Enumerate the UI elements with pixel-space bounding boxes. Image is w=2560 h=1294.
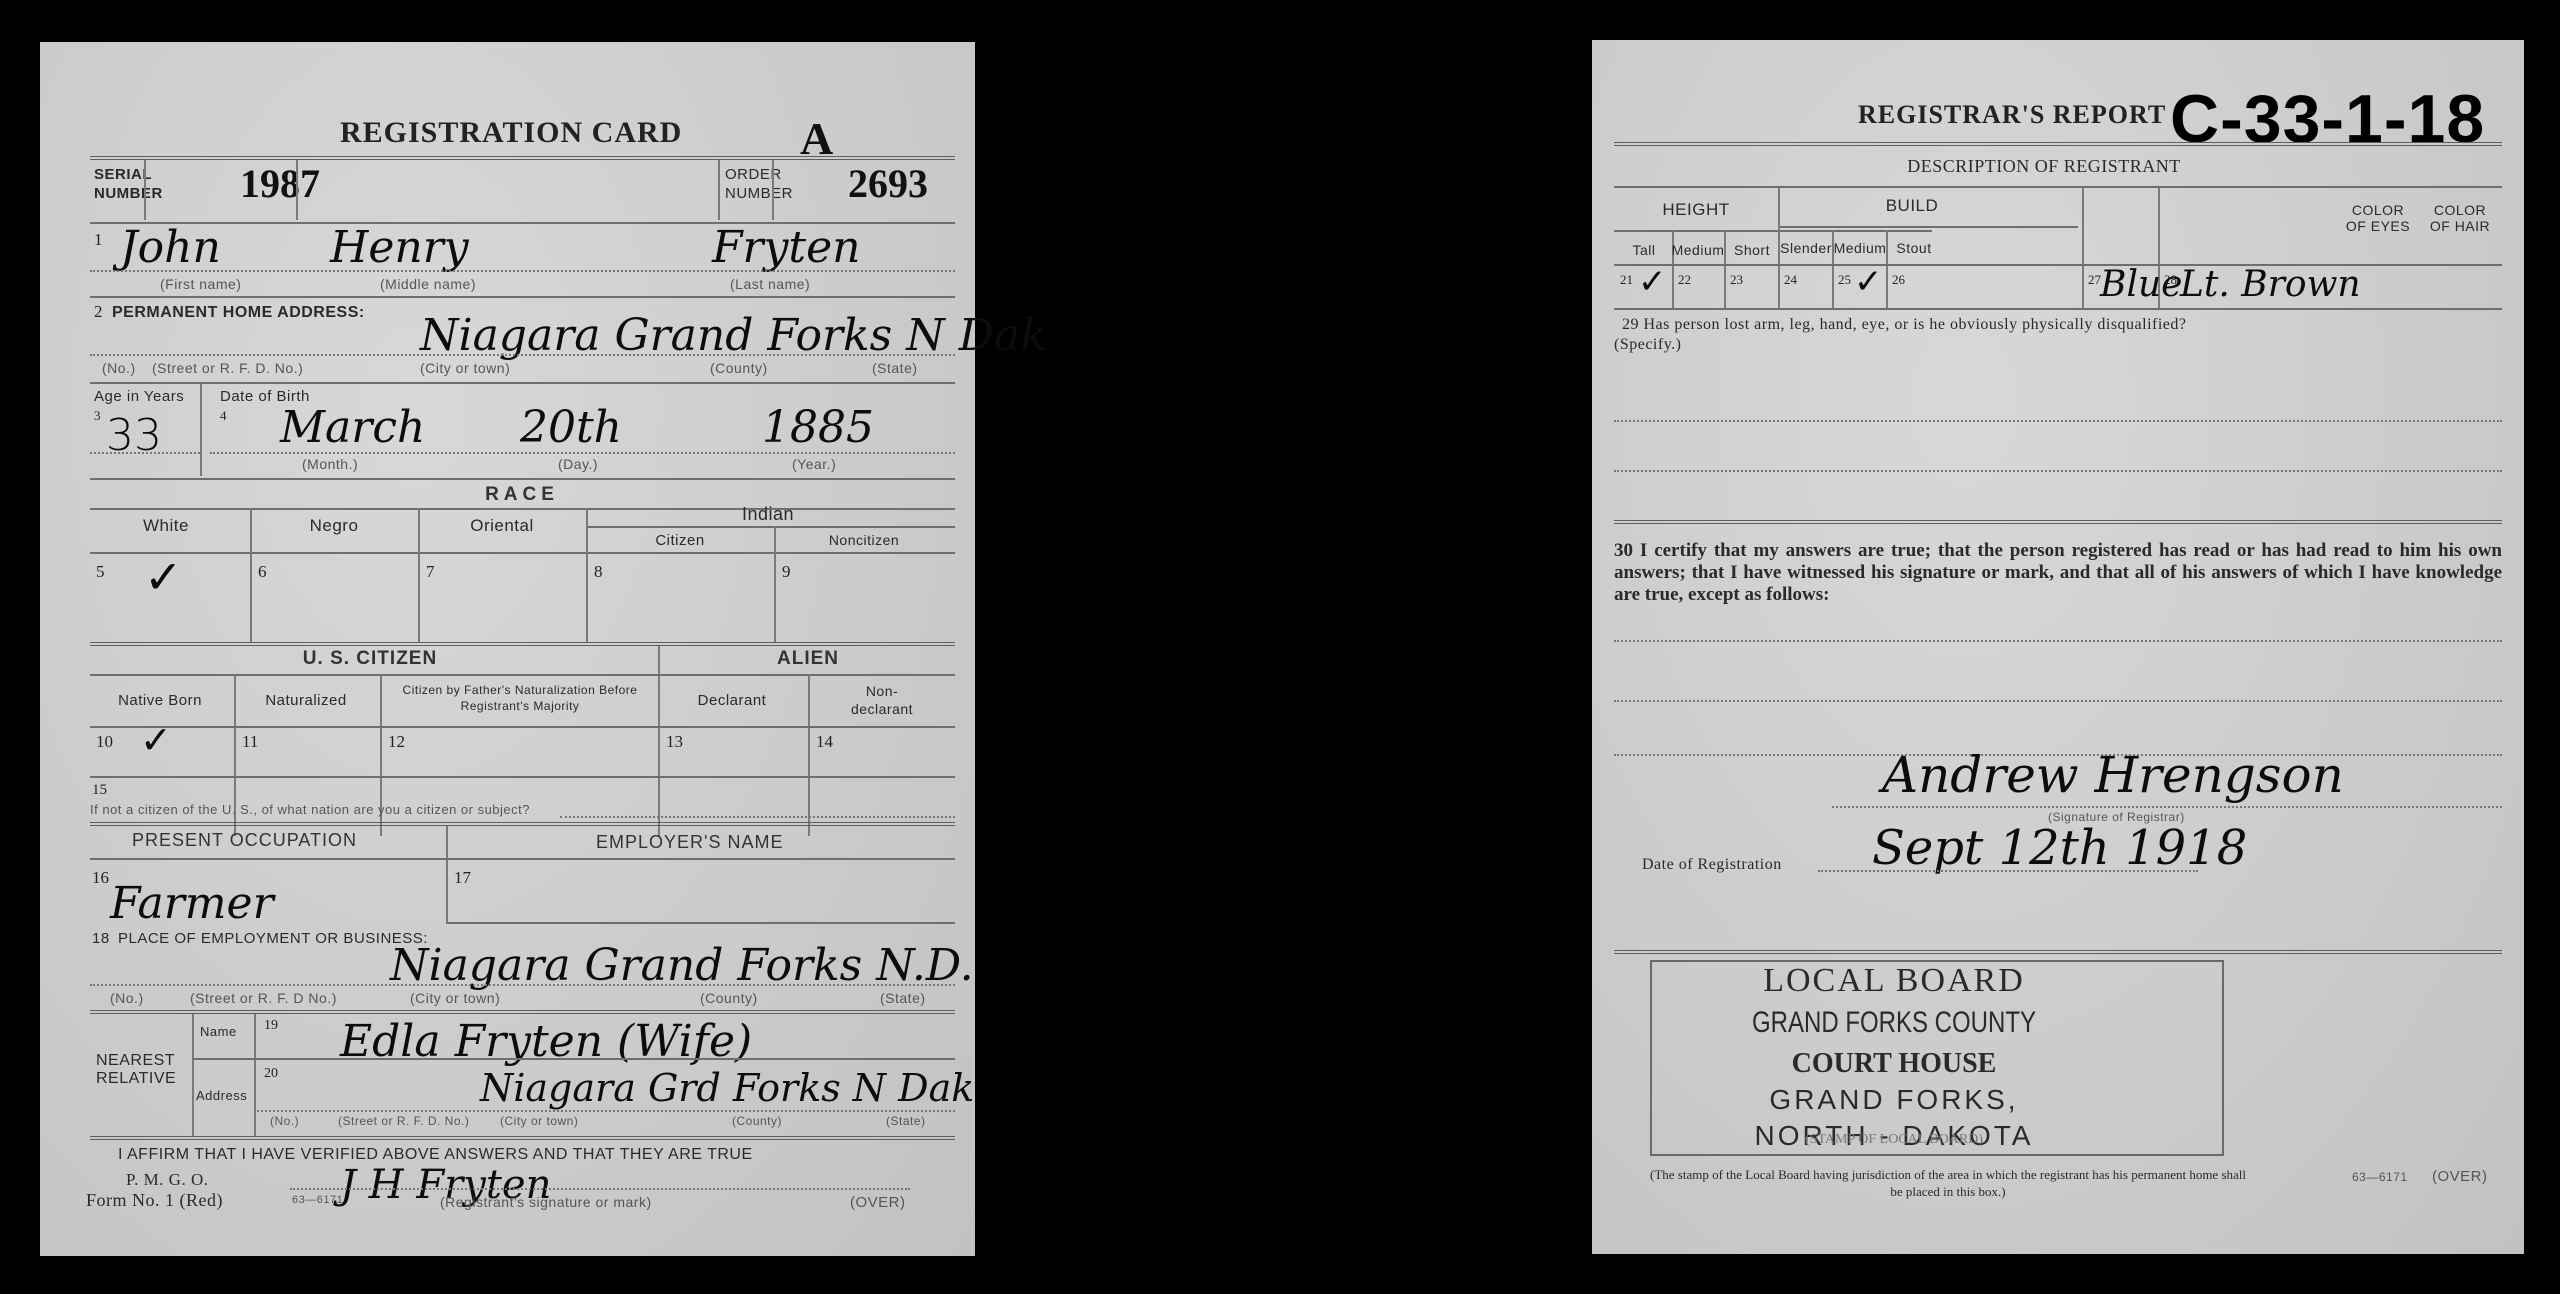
- caption: (Year.): [792, 456, 836, 472]
- divider: [1778, 226, 2078, 228]
- divider: [718, 160, 720, 220]
- field-number: 7: [426, 562, 435, 582]
- height-tall-checkmark: ✓: [1638, 262, 1667, 302]
- divider: [90, 382, 955, 384]
- registrar-signature: Andrew Hrengson: [1882, 746, 2344, 804]
- divider: [446, 922, 955, 924]
- caption: (County): [710, 360, 768, 376]
- field-number: 14: [816, 732, 833, 752]
- divider: [1614, 700, 2502, 702]
- last-name-caption: (Last name): [730, 276, 810, 292]
- race-col-negro: Negro: [310, 516, 359, 536]
- divider: [290, 1188, 910, 1190]
- registrar-report-title: REGISTRAR'S REPORT: [1858, 100, 2166, 130]
- field-number: 19: [264, 1018, 278, 1034]
- stamp-caption: (STAMP OF LOCAL BOARD): [1805, 1132, 1983, 1148]
- divider: [1818, 870, 2198, 872]
- description-heading: DESCRIPTION OF REGISTRANT: [1907, 156, 2181, 177]
- field-number: 6: [258, 562, 267, 582]
- nearest-relative-label: NEAREST: [96, 1052, 175, 1070]
- divider: [1614, 470, 2502, 472]
- divider: [296, 160, 298, 220]
- field-number: 4: [220, 408, 227, 424]
- caption: (No.): [102, 360, 136, 376]
- build-medium-checkmark: ✓: [1854, 262, 1883, 302]
- alien-heading: ALIEN: [777, 648, 839, 670]
- divider: [200, 384, 202, 476]
- divider: [774, 526, 776, 642]
- first-name: John: [120, 222, 221, 273]
- field-number: 9: [782, 562, 791, 582]
- relative-address-value: Niagara Grd Forks N Dak: [480, 1066, 974, 1110]
- divider: [90, 508, 955, 510]
- height-col-short: Short: [1734, 242, 1770, 258]
- occupation-value: Farmer: [110, 878, 274, 929]
- place-of-employment-label: PLACE OF EMPLOYMENT OR BUSINESS:: [118, 930, 428, 947]
- build-col-slender: Slender: [1780, 240, 1832, 256]
- field-number: 20: [264, 1066, 278, 1082]
- date-of-registration-label: Date of Registration: [1642, 856, 1782, 874]
- height-col-tall: Tall: [1632, 242, 1655, 258]
- height-heading: HEIGHT: [1662, 200, 1729, 220]
- divider: [1614, 520, 2502, 527]
- hair-heading: COLOR: [2434, 202, 2486, 218]
- divider: [192, 1058, 955, 1060]
- caption: (Street or R. F. D. No.): [152, 360, 303, 376]
- field-number: 10: [96, 732, 113, 752]
- field-number: 15: [92, 782, 107, 799]
- divider: [560, 816, 955, 818]
- divider: [254, 1014, 256, 1136]
- divider: [250, 508, 252, 642]
- last-name: Fryten: [712, 222, 860, 273]
- divider: [1614, 186, 2502, 188]
- native-born-checkmark: ✓: [140, 718, 172, 762]
- divider: [192, 1014, 194, 1136]
- divider: [90, 776, 955, 778]
- stamp-note: (The stamp of the Local Board having jur…: [1648, 1166, 2248, 1200]
- divider: [1614, 142, 2502, 149]
- stamp-line: COURT HOUSE: [1792, 1048, 1997, 1080]
- field-number: 5: [96, 562, 105, 582]
- divider: [90, 984, 955, 986]
- relative-address-label: Address: [196, 1088, 247, 1103]
- caption: (Month.): [302, 456, 358, 472]
- question-29-specify: (Specify.): [1614, 336, 1682, 354]
- registration-card-front: REGISTRATION CARD A SERIAL NUMBER 1987 O…: [40, 42, 975, 1256]
- serial-number-label-2: NUMBER: [94, 185, 163, 202]
- build-col-stout: Stout: [1896, 240, 1931, 256]
- divider: [90, 552, 955, 554]
- caption: (Day.): [558, 456, 598, 472]
- build-col-medium: Medium: [1834, 240, 1887, 256]
- build-heading: BUILD: [1886, 196, 1939, 216]
- field-number: 25: [1838, 272, 1851, 288]
- divider: [90, 674, 955, 676]
- us-citizen-heading: U. S. CITIZEN: [303, 648, 437, 670]
- caption: (City or town): [420, 360, 510, 376]
- order-number: 2693: [848, 160, 928, 207]
- occupation-label: PRESENT OCCUPATION: [132, 830, 357, 851]
- race-col-indian: Indian: [742, 504, 794, 525]
- divider: [586, 526, 955, 528]
- eyes-heading: COLOR: [2352, 202, 2404, 218]
- field-number: 26: [1892, 272, 1905, 288]
- signature-caption: (Registrant's signature or mark): [440, 1194, 652, 1210]
- caption: (Street or R. F. D No.): [190, 990, 337, 1006]
- middle-name: Henry: [330, 222, 469, 273]
- field-number: 1: [94, 230, 103, 250]
- stamp-line: GRAND FORKS,: [1769, 1084, 2018, 1116]
- first-name-caption: (First name): [160, 276, 241, 292]
- over-label: (OVER): [2432, 1168, 2488, 1185]
- field-number: 17: [454, 868, 471, 888]
- caption: (State): [880, 990, 926, 1006]
- eyes-heading-2: OF EYES: [2346, 218, 2410, 234]
- divider: [1614, 230, 1932, 232]
- divider: [1614, 420, 2502, 422]
- field-number: 23: [1730, 272, 1743, 288]
- nearest-relative-label-2: RELATIVE: [96, 1070, 176, 1088]
- citizen-col-naturalized: Naturalized: [265, 692, 346, 709]
- alien-col-non-declarant: Non-declarant: [837, 682, 927, 718]
- divider: [1614, 640, 2502, 642]
- divider: [90, 1136, 955, 1143]
- divider: [90, 354, 955, 356]
- form-number: Form No. 1 (Red): [86, 1190, 223, 1211]
- citizen-col-by-father: Citizen by Father's Naturalization Befor…: [400, 682, 640, 714]
- caption: (State): [886, 1114, 926, 1128]
- field-number: 12: [388, 732, 405, 752]
- divider: [90, 726, 955, 728]
- field-number: 3: [94, 408, 101, 424]
- field-number: 24: [1784, 272, 1797, 288]
- divider: [90, 822, 955, 829]
- date-of-registration-value: Sept 12th 1918: [1872, 820, 2247, 876]
- divider: [446, 826, 448, 922]
- nation-question: If not a citizen of the U. S., of what n…: [90, 802, 530, 817]
- eye-color-value: Blue: [2100, 264, 2182, 305]
- certification-text: 30 I certify that my answers are true; t…: [1614, 540, 2502, 606]
- over-label: (OVER): [850, 1194, 906, 1211]
- middle-name-caption: (Middle name): [380, 276, 476, 292]
- dob-month: March: [280, 402, 425, 453]
- divider: [1614, 264, 2502, 266]
- height-col-medium: Medium: [1672, 242, 1725, 258]
- race-col-indian-noncitizen: Noncitizen: [829, 532, 899, 548]
- caption: (No.): [270, 1114, 299, 1128]
- alien-col-declarant: Declarant: [698, 692, 767, 709]
- print-code: 63—6171: [2352, 1170, 2408, 1184]
- field-number: 18: [92, 930, 110, 947]
- race-heading: RACE: [485, 484, 559, 506]
- divider: [90, 478, 955, 480]
- divider: [1832, 806, 2502, 808]
- divider: [90, 858, 955, 860]
- field-number: 8: [594, 562, 603, 582]
- divider: [254, 1110, 955, 1112]
- field-number: 13: [666, 732, 683, 752]
- hair-heading-2: OF HAIR: [2430, 218, 2490, 234]
- hair-color-value: Lt. Brown: [2180, 264, 2361, 305]
- divider: [1614, 308, 2502, 310]
- print-code: 63—6171: [292, 1194, 343, 1206]
- race-col-oriental: Oriental: [470, 516, 534, 536]
- card-title: REGISTRATION CARD: [340, 116, 682, 150]
- divider: [144, 160, 146, 220]
- caption: (County): [700, 990, 758, 1006]
- race-col-white: White: [143, 516, 189, 536]
- divider: [2082, 188, 2084, 308]
- field-number: 22: [1678, 272, 1691, 288]
- order-number-label-2: NUMBER: [725, 185, 793, 202]
- divider: [210, 452, 955, 454]
- divider: [90, 270, 955, 272]
- caption: (Street or R. F. D. No.): [338, 1114, 469, 1128]
- race-white-checkmark: ✓: [144, 550, 183, 604]
- divider: [90, 156, 955, 163]
- form-code: P. M. G. O.: [126, 1170, 209, 1190]
- field-number: 2: [94, 302, 103, 322]
- citizen-col-native-born: Native Born: [118, 692, 202, 709]
- caption: (No.): [110, 990, 144, 1006]
- caption: (City or town): [410, 990, 500, 1006]
- stamp-line: LOCAL BOARD: [1763, 962, 2025, 1000]
- divider: [90, 452, 200, 454]
- caption: (State): [872, 360, 918, 376]
- caption: (City or town): [500, 1114, 578, 1128]
- divider: [1614, 950, 2502, 957]
- field-number: 16: [92, 868, 109, 888]
- divider: [808, 674, 810, 836]
- dob-year: 1885: [762, 402, 874, 453]
- serial-number: 1987: [240, 160, 320, 207]
- divider: [586, 508, 588, 642]
- question-29: 29 Has person lost arm, leg, hand, eye, …: [1622, 316, 2187, 334]
- stamp-line: GRAND FORKS COUNTY: [1752, 1006, 2036, 1040]
- employer-label: EMPLOYER'S NAME: [596, 832, 783, 853]
- caption: (County): [732, 1114, 782, 1128]
- race-col-indian-citizen: Citizen: [655, 532, 704, 549]
- field-number: 11: [242, 732, 258, 752]
- divider: [90, 296, 955, 298]
- registration-card-back: REGISTRAR'S REPORT C-33-1-18 DESCRIPTION…: [1592, 40, 2524, 1254]
- dob-day: 20th: [520, 402, 622, 453]
- age-label: Age in Years: [94, 388, 184, 405]
- divider: [772, 160, 774, 220]
- field-number: 21: [1620, 272, 1633, 288]
- home-address-label: PERMANENT HOME ADDRESS:: [112, 304, 365, 322]
- relative-name-label: Name: [200, 1024, 237, 1039]
- divider: [418, 508, 420, 642]
